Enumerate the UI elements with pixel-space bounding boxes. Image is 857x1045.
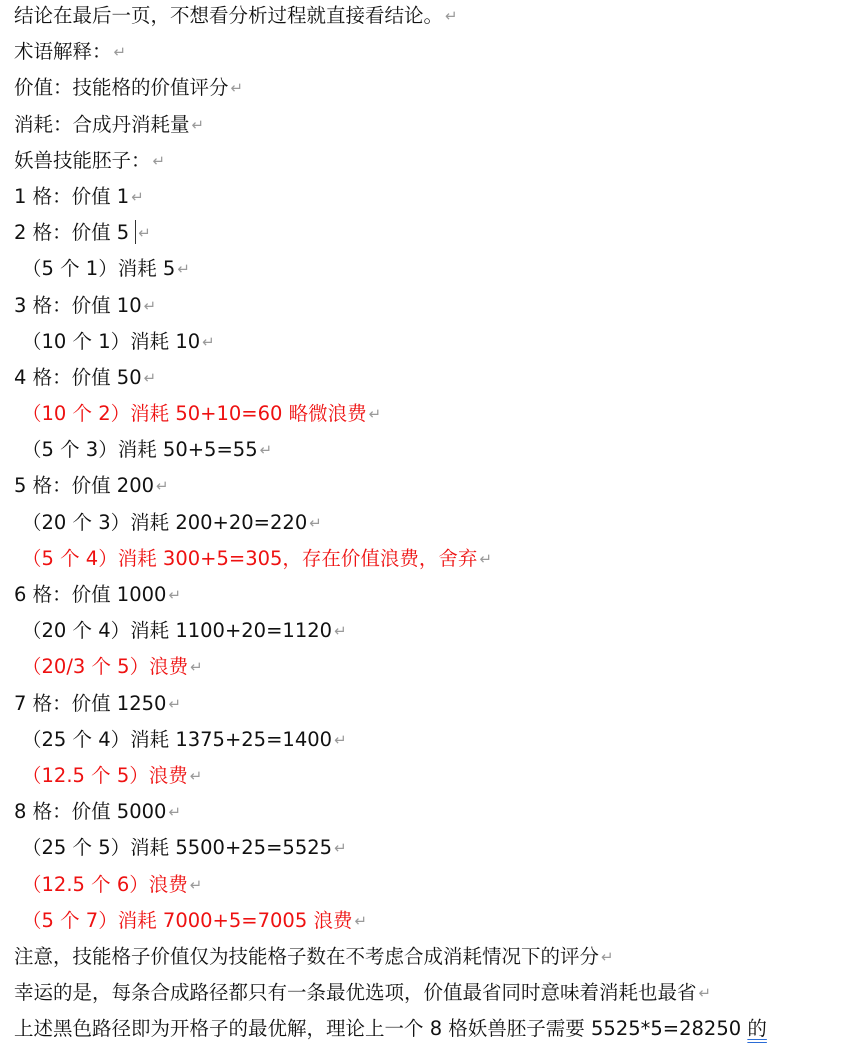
paragraph-text: 妖兽技能胚子： <box>14 149 151 172</box>
paragraph[interactable]: 价值：技能格的价值评分↵ <box>14 72 854 108</box>
paragraph[interactable]: 结论在最后一页，不想看分析过程就直接看结论。↵ <box>14 0 854 36</box>
paragraph-mark-icon: ↵ <box>138 224 151 242</box>
paragraph-text: 6 格：价值 1000 <box>14 583 166 606</box>
paragraph[interactable]: 1 格：价值 1↵ <box>14 181 854 217</box>
paragraph-text: 幸运的是，每条合成路径都只有一条最优选项，价值最省同时意味着消耗也最省 <box>14 981 697 1004</box>
paragraph-mark-icon: ↵ <box>369 405 382 423</box>
paragraph-text: （12.5 个 5）浪费 <box>22 764 188 787</box>
paragraph[interactable]: （20 个 4）消耗 1100+20=1120↵ <box>14 615 854 651</box>
paragraph-mark-icon: ↵ <box>190 876 203 894</box>
paragraph[interactable]: 6 格：价值 1000↵ <box>14 579 854 615</box>
paragraph-red[interactable]: （5 个 7）消耗 7000+5=7005 浪费↵ <box>14 905 854 941</box>
paragraph-text: 结论在最后一页，不想看分析过程就直接看结论。 <box>14 4 443 27</box>
paragraph-mark-icon: ↵ <box>699 984 712 1002</box>
paragraph-text: 7 格：价值 1250 <box>14 692 166 715</box>
paragraph-text: （25 个 5）消耗 5500+25=5525 <box>22 836 332 859</box>
paragraph[interactable]: 7 格：价值 1250↵ <box>14 688 854 724</box>
paragraph[interactable]: （25 个 4）消耗 1375+25=1400↵ <box>14 724 854 760</box>
paragraph-mark-icon: ↵ <box>168 586 181 604</box>
paragraph-text: 价值：技能格的价值评分 <box>14 76 229 99</box>
paragraph-mark-icon: ↵ <box>601 948 614 966</box>
paragraph-text: 2 格：价值 5 <box>14 221 129 244</box>
paragraph-text: （10 个 2）消耗 50+10=60 略微浪费 <box>22 402 367 425</box>
paragraph[interactable]: 妖兽技能胚子：↵ <box>14 145 854 181</box>
paragraph-mark-icon: ↵ <box>202 333 215 351</box>
paragraph[interactable]: （10 个 1）消耗 10↵ <box>14 326 854 362</box>
paragraph-text: 注意，技能格子价值仅为技能格子数在不考虑合成消耗情况下的评分 <box>14 945 599 968</box>
paragraph-mark-icon: ↵ <box>192 116 205 134</box>
paragraph-text: （5 个 4）消耗 300+5=305，存在价值浪费，舍弃 <box>22 547 477 570</box>
paragraph[interactable]: 幸运的是，每条合成路径都只有一条最优选项，价值最省同时意味着消耗也最省↵ <box>14 977 854 1013</box>
paragraph-mark-icon: ↵ <box>231 79 244 97</box>
paragraph-mark-icon: ↵ <box>334 839 347 857</box>
paragraph-text: 术语解释： <box>14 40 112 63</box>
paragraph-mark-icon: ↵ <box>445 7 458 25</box>
paragraph-mark-icon: ↵ <box>190 658 203 676</box>
text-cursor <box>135 220 136 244</box>
paragraph[interactable]: 3 格：价值 10↵ <box>14 290 854 326</box>
paragraph-text: （5 个 1）消耗 5 <box>22 257 175 280</box>
paragraph-mark-icon: ↵ <box>144 369 157 387</box>
paragraph[interactable]: （5 个 1）消耗 5↵ <box>14 253 854 289</box>
paragraph-text: （10 个 1）消耗 10 <box>22 330 200 353</box>
paragraph-text: 8 格：价值 5000 <box>14 800 166 823</box>
paragraph-red[interactable]: （12.5 个 5）浪费↵ <box>14 760 854 796</box>
paragraph-mark-icon: ↵ <box>479 550 492 568</box>
paragraph-red[interactable]: （5 个 4）消耗 300+5=305，存在价值浪费，舍弃↵ <box>14 543 854 579</box>
paragraph-text: 消耗：合成丹消耗量 <box>14 113 190 136</box>
paragraph[interactable]: （25 个 5）消耗 5500+25=5525↵ <box>14 832 854 868</box>
paragraph-red[interactable]: （12.5 个 6）浪费↵ <box>14 869 854 905</box>
grammar-flagged-text[interactable]: 的 <box>747 1017 767 1040</box>
paragraph-mark-icon: ↵ <box>354 912 367 930</box>
paragraph-mark-icon: ↵ <box>334 622 347 640</box>
paragraph-text: （12.5 个 6）浪费 <box>22 873 188 896</box>
paragraph-text: （5 个 3）消耗 50+5=55 <box>22 438 258 461</box>
paragraph[interactable]: 2 格：价值 5↵ <box>14 217 854 253</box>
paragraph-text: 上述黑色路径即为开格子的最优解，理论上一个 8 格妖兽胚子需要 5525*5=2… <box>14 1017 747 1040</box>
paragraph-mark-icon: ↵ <box>156 477 169 495</box>
paragraph-red[interactable]: （10 个 2）消耗 50+10=60 略微浪费↵ <box>14 398 854 434</box>
paragraph-mark-icon: ↵ <box>177 260 190 278</box>
paragraph[interactable]: （5 个 3）消耗 50+5=55↵ <box>14 434 854 470</box>
paragraph[interactable]: （20 个 3）消耗 200+20=220↵ <box>14 507 854 543</box>
paragraph[interactable]: 注意，技能格子价值仅为技能格子数在不考虑合成消耗情况下的评分↵ <box>14 941 854 977</box>
paragraph-mark-icon: ↵ <box>260 441 273 459</box>
paragraph-text: 1 格：价值 1 <box>14 185 129 208</box>
paragraph-mark-icon: ↵ <box>334 731 347 749</box>
paragraph-mark-icon: ↵ <box>153 152 166 170</box>
paragraph-text: （20 个 4）消耗 1100+20=1120 <box>22 619 332 642</box>
paragraph[interactable]: 4 格：价值 50↵ <box>14 362 854 398</box>
paragraph[interactable]: 8 格：价值 5000↵ <box>14 796 854 832</box>
paragraph-mark-icon: ↵ <box>168 803 181 821</box>
paragraph[interactable]: 消耗：合成丹消耗量↵ <box>14 109 854 145</box>
paragraph-mark-icon: ↵ <box>144 297 157 315</box>
paragraph-text: 5 格：价值 200 <box>14 474 154 497</box>
paragraph-red[interactable]: （20/3 个 5）浪费↵ <box>14 651 854 687</box>
paragraph-text: （25 个 4）消耗 1375+25=1400 <box>22 728 332 751</box>
document-page[interactable]: 结论在最后一页，不想看分析过程就直接看结论。↵术语解释：↵价值：技能格的价值评分… <box>14 0 854 1045</box>
paragraph-mark-icon: ↵ <box>131 188 144 206</box>
paragraph-mark-icon: ↵ <box>190 767 203 785</box>
paragraph-text: （20 个 3）消耗 200+20=220 <box>22 511 307 534</box>
paragraph[interactable]: 术语解释：↵ <box>14 36 854 72</box>
paragraph-text: （5 个 7）消耗 7000+5=7005 浪费 <box>22 909 352 932</box>
paragraph[interactable]: 5 格：价值 200↵ <box>14 470 854 506</box>
paragraph-text: （20/3 个 5）浪费 <box>22 655 188 678</box>
paragraph[interactable]: 上述黑色路径即为开格子的最优解，理论上一个 8 格妖兽胚子需要 5525*5=2… <box>14 1013 854 1045</box>
paragraph-mark-icon: ↵ <box>309 514 322 532</box>
paragraph-mark-icon: ↵ <box>114 43 127 61</box>
paragraph-text: 3 格：价值 10 <box>14 294 142 317</box>
paragraph-mark-icon: ↵ <box>168 695 181 713</box>
paragraph-text: 4 格：价值 50 <box>14 366 142 389</box>
